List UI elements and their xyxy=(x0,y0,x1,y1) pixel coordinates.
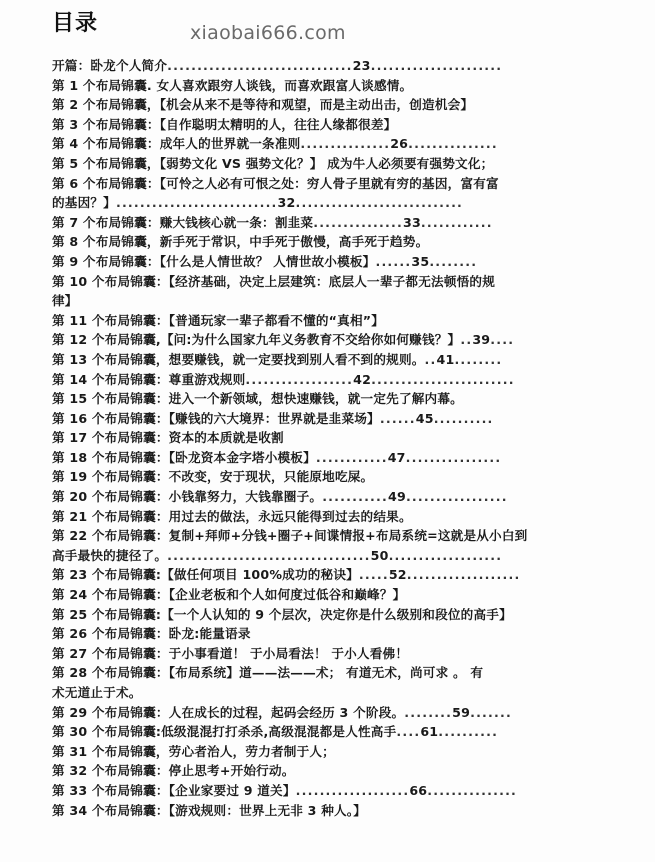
toc-entry[interactable]: 第 30 个布局锦囊:低级混混打打杀杀,高级混混都是人性高手....61....… xyxy=(52,722,602,742)
toc-page-number: 35 xyxy=(411,254,429,269)
toc-trailing-dots: .... xyxy=(490,332,514,347)
toc-trailing-dots: ................... xyxy=(389,548,503,563)
toc-leader-dots: ............... xyxy=(300,136,390,151)
toc-entry-title: 第 10 个布局锦囊：【经济基础，决定上层建筑：底层人一辈子都无法顿悟的规 xyxy=(52,274,495,289)
toc-entry-title: 第 5 个布局锦囊，【弱势文化 VS 强势文化？】 成为牛人必须要有强势文化； xyxy=(52,156,493,171)
toc-entry-title: 第 23 个布局锦囊:【做任何项目 100%成功的秘诀】 xyxy=(52,567,359,582)
toc-entry-title: 高手最快的捷径了。 xyxy=(52,548,167,563)
toc-entry[interactable]: 第 34 个布局锦囊：【游戏规则：世界上无非 3 种人。】 xyxy=(52,801,602,821)
toc-entry-title: 第 22 个布局锦囊：复制+拜师+分钱+圈子+间谍情报+布局系统=这就是从小白到 xyxy=(52,528,527,543)
toc-trailing-dots: ....... xyxy=(470,705,512,720)
toc-entry-title: 第 3 个布局锦囊：【自作聪明太精明的人，往往人缘都很差】 xyxy=(52,117,396,132)
toc-page-number: 23 xyxy=(353,58,371,73)
toc-entry-title: 第 15 个布局锦囊：进入一个新领域，想快速赚钱，就一定先了解内幕。 xyxy=(52,391,463,406)
toc-entry[interactable]: 第 22 个布局锦囊：复制+拜师+分钱+圈子+间谍情报+布局系统=这就是从小白到 xyxy=(52,526,602,546)
toc-entry-title: 的基因？】 xyxy=(52,195,116,210)
toc-trailing-dots: ........ xyxy=(454,352,502,367)
toc-leader-dots: ..... xyxy=(359,567,389,582)
toc-entry[interactable]: 第 5 个布局锦囊，【弱势文化 VS 强势文化？】 成为牛人必须要有强势文化； xyxy=(52,154,602,174)
toc-entry-title: 术无道止于术。 xyxy=(52,685,142,700)
toc-entry[interactable]: 第 27 个布局锦囊：于小事看道！ 于小局看法！ 于小人看佛！ xyxy=(52,644,602,664)
toc-entry[interactable]: 第 16 个布局锦囊：【赚钱的六大境界：世界就是韭菜场】......45....… xyxy=(52,409,602,429)
toc-trailing-dots: ........ xyxy=(429,254,477,269)
toc-entry[interactable]: 第 29 个布局锦囊：人在成长的过程，起码会经历 3 个阶段。........5… xyxy=(52,703,602,723)
toc-trailing-dots: ................ xyxy=(406,450,502,465)
toc-entry-title: 第 33 个布局锦囊：【企业家要过 9 道关】 xyxy=(52,783,296,798)
toc-entry-title: 第 13 个布局锦囊，想要赚钱，就一定要找到别人看不到的规则。 xyxy=(52,352,425,367)
toc-leader-dots: ............ xyxy=(316,450,388,465)
toc-leader-dots: .................................. xyxy=(167,548,370,563)
toc-page-number: 33 xyxy=(403,215,421,230)
toc-leader-dots: ............................... xyxy=(167,58,353,73)
toc-entry-title: 第 19 个布局锦囊：不改变，安于现状，只能原地吃屎。 xyxy=(52,469,373,484)
toc-leader-dots: .................. xyxy=(245,372,353,387)
toc-entry[interactable]: 第 12 个布局锦囊,【问:为什么国家九年义务教育不交给你如何赚钱？】..39.… xyxy=(52,330,602,350)
toc-entry-title: 第 1 个布局锦囊. 女人喜欢跟穷人谈钱，而喜欢跟富人谈感情。 xyxy=(52,78,412,93)
toc-trailing-dots: ............................ xyxy=(295,195,463,210)
toc-entry-title: 律】 xyxy=(52,293,78,308)
toc-entry[interactable]: 第 15 个布局锦囊：进入一个新领域，想快速赚钱，就一定先了解内幕。 xyxy=(52,389,602,409)
toc-entry-title: 第 24 个布局锦囊：【企业老板和个人如何度过低谷和巅峰？】 xyxy=(52,587,405,602)
toc-entry-title: 第 9 个布局锦囊：【什么是人情世故？ 人情世故小模板】 xyxy=(52,254,375,269)
toc-entry-title: 第 25 个布局锦囊:【一个人认知的 9 个层次，决定你是什么级别和段位的高手】 xyxy=(52,607,512,622)
toc-entry-title: 第 2 个布局锦囊，【机会从来不是等待和观望，而是主动出击，创造机会】 xyxy=(52,97,473,112)
toc-entry-title: 第 29 个布局锦囊：人在成长的过程，起码会经历 3 个阶段。 xyxy=(52,705,404,720)
toc-entry[interactable]: 的基因？】...........................32......… xyxy=(52,193,602,213)
toc-entry[interactable]: 第 20 个布局锦囊：小钱靠努力，大钱靠圈子。...........49....… xyxy=(52,487,602,507)
toc-leader-dots: ............... xyxy=(313,215,403,230)
toc-entry[interactable]: 第 6 个布局锦囊：【可怜之人必有可恨之处：穷人骨子里就有穷的基因，富有富 xyxy=(52,174,602,194)
toc-entry[interactable]: 第 23 个布局锦囊:【做任何项目 100%成功的秘诀】.....52.....… xyxy=(52,565,602,585)
toc-entry-title: 第 7 个布局锦囊：赚大钱核心就一条：割韭菜 xyxy=(52,215,313,230)
toc-page-number: 49 xyxy=(388,489,406,504)
toc-entry[interactable]: 第 21 个布局锦囊：用过去的做法，永远只能得到过去的结果。 xyxy=(52,507,602,527)
page-title: 目录 xyxy=(52,6,98,37)
toc-entry[interactable]: 第 13 个布局锦囊，想要赚钱，就一定要找到别人看不到的规则。..41.....… xyxy=(52,350,602,370)
toc-trailing-dots: ................. xyxy=(406,489,508,504)
toc-leader-dots: ........ xyxy=(404,705,452,720)
toc-entry-title: 第 31 个布局锦囊，劳心者治人，劳力者制于人； xyxy=(52,744,335,759)
toc-entry-title: 第 18 个布局锦囊：【卧龙资本金字塔小模板】 xyxy=(52,450,316,465)
toc-entry[interactable]: 第 2 个布局锦囊，【机会从来不是等待和观望，而是主动出击，创造机会】 xyxy=(52,95,602,115)
toc-entry[interactable]: 第 7 个布局锦囊：赚大钱核心就一条：割韭菜...............33.… xyxy=(52,213,602,233)
toc-entry[interactable]: 第 18 个布局锦囊：【卧龙资本金字塔小模板】............47...… xyxy=(52,448,602,468)
toc-entry[interactable]: 第 8 个布局锦囊，新手死于常识，中手死于傲慢，高手死于趋势。 xyxy=(52,232,602,252)
toc-page-number: 47 xyxy=(388,450,406,465)
toc-entry-title: 第 17 个布局锦囊：资本的本质就是收割 xyxy=(52,430,284,445)
toc-entry-title: 第 11 个布局锦囊：【普通玩家一辈子都看不懂的“真相”】 xyxy=(52,313,384,328)
toc-trailing-dots: .......... xyxy=(438,724,498,739)
toc-entry[interactable]: 第 25 个布局锦囊:【一个人认知的 9 个层次，决定你是什么级别和段位的高手】 xyxy=(52,605,602,625)
toc-entry-title: 第 16 个布局锦囊：【赚钱的六大境界：世界就是韭菜场】 xyxy=(52,411,380,426)
toc-page-number: 41 xyxy=(437,352,455,367)
toc-entry[interactable]: 第 9 个布局锦囊：【什么是人情世故？ 人情世故小模板】......35....… xyxy=(52,252,602,272)
toc-entry[interactable]: 第 4 个布局锦囊：成年人的世界就一条准则...............26..… xyxy=(52,134,602,154)
toc-entry[interactable]: 术无道止于术。 xyxy=(52,683,602,703)
toc-entry[interactable]: 第 17 个布局锦囊：资本的本质就是收割 xyxy=(52,428,602,448)
toc-entry[interactable]: 第 3 个布局锦囊：【自作聪明太精明的人，往往人缘都很差】 xyxy=(52,115,602,135)
toc-entry-title: 第 32 个布局锦囊：停止思考+开始行动。 xyxy=(52,763,295,778)
document-page: 目录 xiaobai666.com 开篇：卧龙个人简介.............… xyxy=(0,0,655,862)
toc-leader-dots: ................... xyxy=(296,783,410,798)
toc-page-number: 50 xyxy=(371,548,389,563)
toc-entry[interactable]: 第 1 个布局锦囊. 女人喜欢跟穷人谈钱，而喜欢跟富人谈感情。 xyxy=(52,76,602,96)
toc-entry-title: 第 8 个布局锦囊，新手死于常识，中手死于傲慢，高手死于趋势。 xyxy=(52,234,428,249)
toc-leader-dots: .. xyxy=(460,332,472,347)
watermark: xiaobai666.com xyxy=(190,22,346,44)
toc-leader-dots: .... xyxy=(396,724,420,739)
toc-trailing-dots: ............... xyxy=(427,783,517,798)
toc-leader-dots: ...... xyxy=(380,411,416,426)
toc-page-number: 26 xyxy=(390,136,408,151)
toc-trailing-dots: .......... xyxy=(434,411,494,426)
toc-leader-dots: ........... xyxy=(322,489,388,504)
toc-page-number: 39 xyxy=(472,332,490,347)
toc-page-number: 42 xyxy=(353,372,371,387)
toc-entry[interactable]: 第 31 个布局锦囊，劳心者治人，劳力者制于人； xyxy=(52,742,602,762)
toc-entry-title: 第 28 个布局锦囊：【布局系统】道——法——术； 有道无术，尚可求 。 有 xyxy=(52,665,483,680)
toc-entry-title: 第 6 个布局锦囊：【可怜之人必有可恨之处：穷人骨子里就有穷的基因，富有富 xyxy=(52,176,499,191)
toc-entry-title: 第 21 个布局锦囊：用过去的做法，永远只能得到过去的结果。 xyxy=(52,509,412,524)
toc-entry[interactable]: 第 24 个布局锦囊：【企业老板和个人如何度过低谷和巅峰？】 xyxy=(52,585,602,605)
toc-entry[interactable]: 第 19 个布局锦囊：不改变，安于现状，只能原地吃屎。 xyxy=(52,467,602,487)
table-of-contents: 开篇：卧龙个人简介...............................… xyxy=(52,56,602,820)
toc-page-number: 52 xyxy=(389,567,407,582)
toc-leader-dots: ........................... xyxy=(116,195,278,210)
toc-entry[interactable]: 第 26 个布局锦囊：卧龙:能量语录 xyxy=(52,624,602,644)
toc-entry[interactable]: 第 11 个布局锦囊：【普通玩家一辈子都看不懂的“真相”】 xyxy=(52,311,602,331)
toc-leader-dots: ...... xyxy=(375,254,411,269)
toc-trailing-dots: ...................... xyxy=(371,58,503,73)
toc-leader-dots: .. xyxy=(425,352,437,367)
toc-page-number: 32 xyxy=(278,195,296,210)
toc-page-number: 45 xyxy=(416,411,434,426)
toc-entry[interactable]: 律】 xyxy=(52,291,602,311)
toc-trailing-dots: ............ xyxy=(421,215,493,230)
toc-entry[interactable]: 第 33 个布局锦囊：【企业家要过 9 道关】.................… xyxy=(52,781,602,801)
toc-entry-title: 第 34 个布局锦囊：【游戏规则：世界上无非 3 种人。】 xyxy=(52,803,366,818)
toc-entry-title: 第 30 个布局锦囊:低级混混打打杀杀,高级混混都是人性高手 xyxy=(52,724,396,739)
toc-entry[interactable]: 高手最快的捷径了。...............................… xyxy=(52,546,602,566)
toc-entry[interactable]: 第 28 个布局锦囊：【布局系统】道——法——术； 有道无术，尚可求 。 有 xyxy=(52,663,602,683)
toc-entry-title: 第 26 个布局锦囊：卧龙:能量语录 xyxy=(52,626,251,641)
toc-trailing-dots: ................... xyxy=(407,567,521,582)
toc-entry-title: 第 4 个布局锦囊：成年人的世界就一条准则 xyxy=(52,136,300,151)
toc-entry-title: 第 14 个布局锦囊：尊重游戏规则 xyxy=(52,372,245,387)
toc-entry-title: 第 20 个布局锦囊：小钱靠努力，大钱靠圈子。 xyxy=(52,489,322,504)
toc-entry[interactable]: 第 32 个布局锦囊：停止思考+开始行动。 xyxy=(52,761,602,781)
toc-entry[interactable]: 第 10 个布局锦囊：【经济基础，决定上层建筑：底层人一辈子都无法顿悟的规 xyxy=(52,272,602,292)
toc-entry[interactable]: 第 14 个布局锦囊：尊重游戏规则..................42...… xyxy=(52,370,602,390)
toc-entry-title: 开篇：卧龙个人简介 xyxy=(52,58,167,73)
toc-trailing-dots: ............... xyxy=(408,136,498,151)
toc-page-number: 66 xyxy=(409,783,427,798)
toc-page-number: 59 xyxy=(452,705,470,720)
toc-trailing-dots: ........................ xyxy=(371,372,515,387)
toc-entry-title: 第 12 个布局锦囊,【问:为什么国家九年义务教育不交给你如何赚钱？】 xyxy=(52,332,460,347)
toc-page-number: 61 xyxy=(420,724,438,739)
toc-entry-title: 第 27 个布局锦囊：于小事看道！ 于小局看法！ 于小人看佛！ xyxy=(52,646,408,661)
toc-entry[interactable]: 开篇：卧龙个人简介...............................… xyxy=(52,56,602,76)
